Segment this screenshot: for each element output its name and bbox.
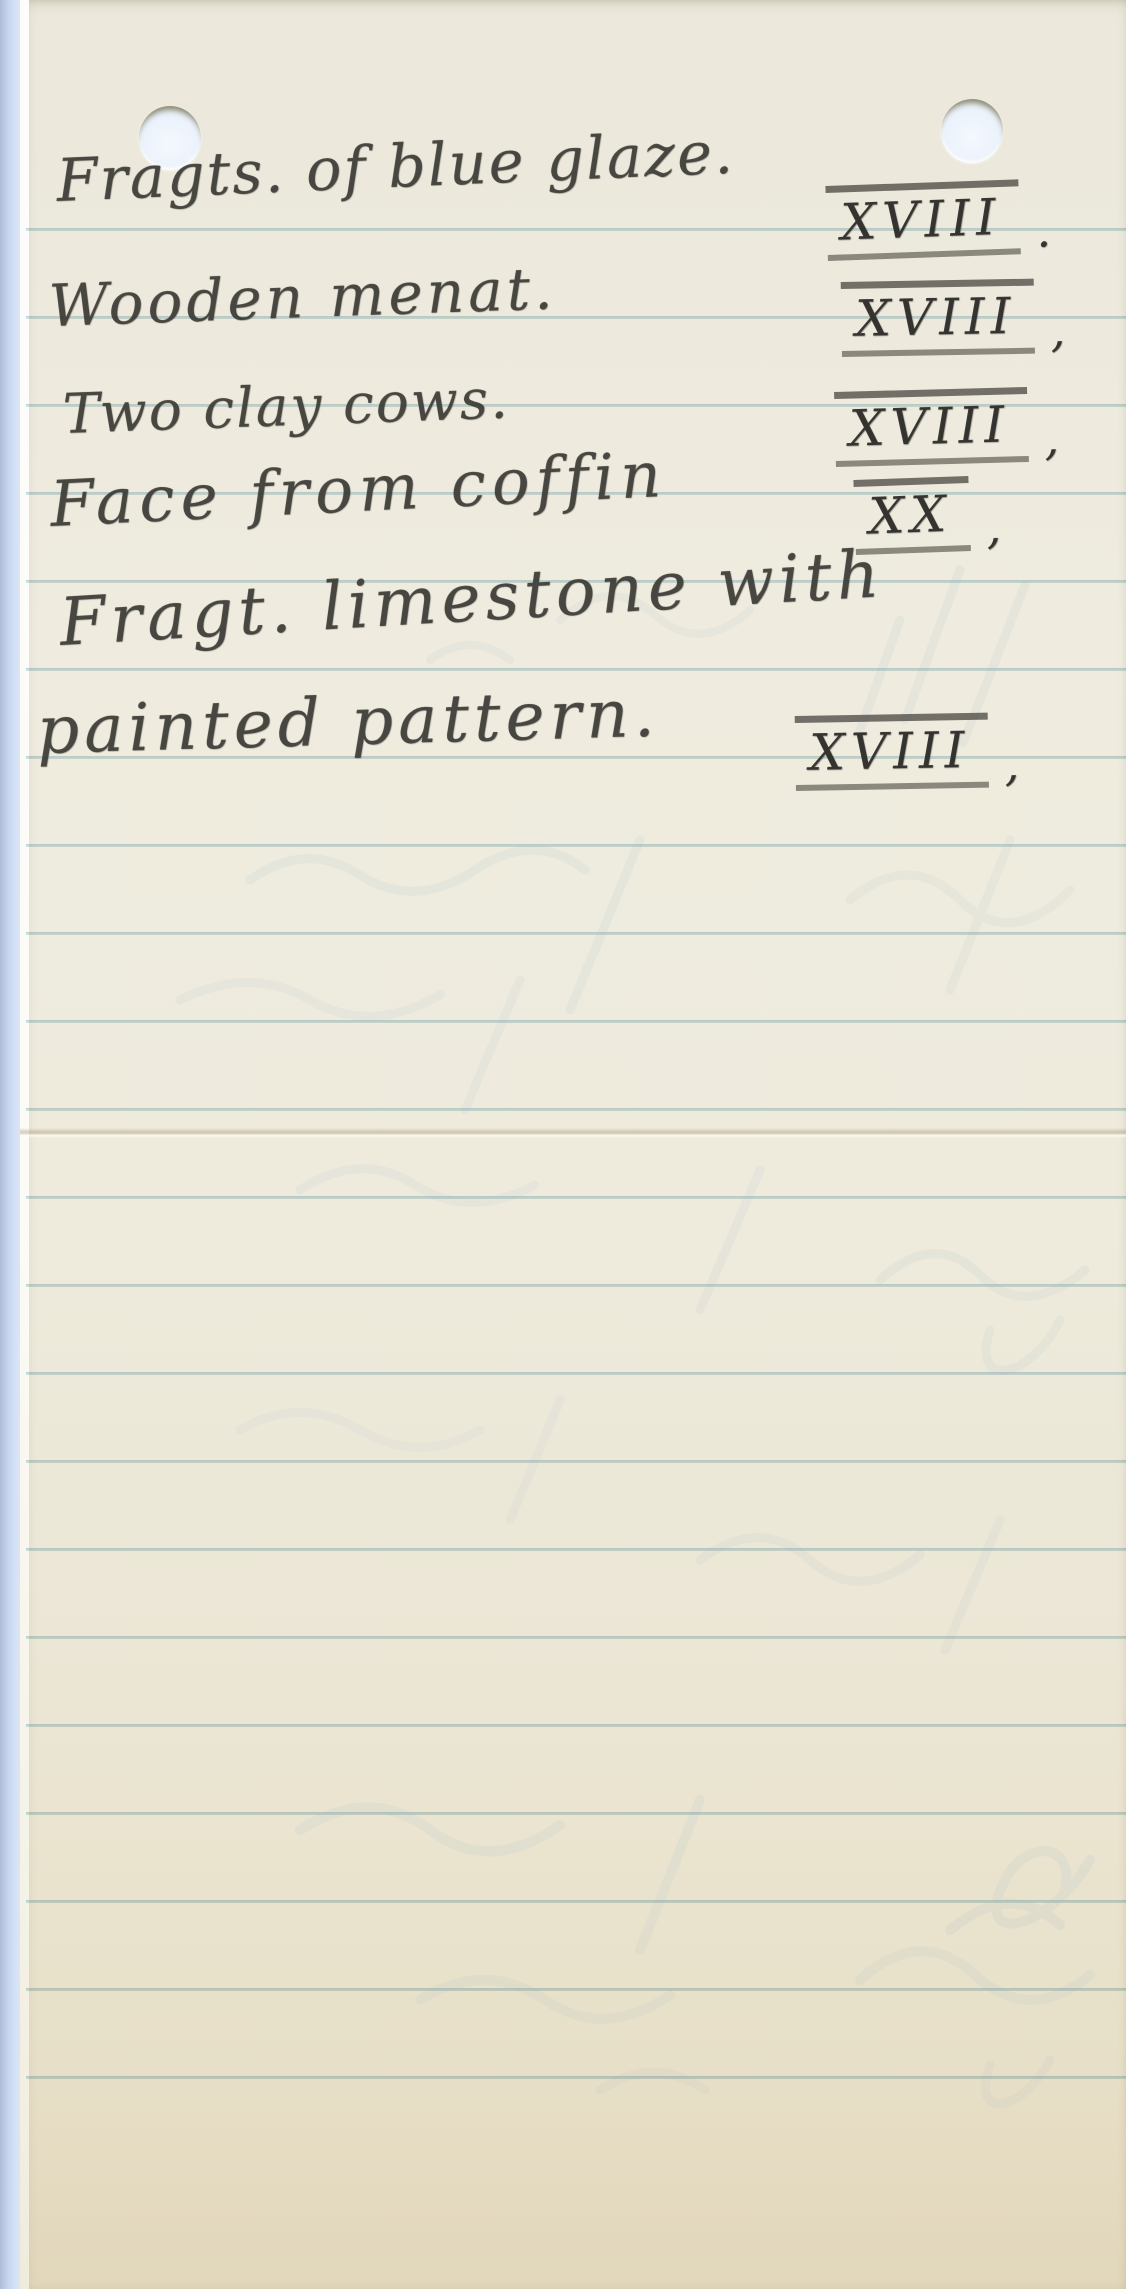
dynasty-numeral-3: XVIII, [834, 386, 1059, 467]
dynasty-numeral-2: XVIII, [841, 278, 1066, 357]
roman-numeral-3: XVIII [834, 387, 1029, 467]
horizontal-fold-crease [20, 1128, 1126, 1138]
roman-numeral-4: XX [853, 476, 971, 555]
dynasty-numeral-1: XVIII. [825, 178, 1051, 261]
roman-numeral-6: XVIII [795, 713, 989, 791]
numeral-punctuation-4: , [985, 500, 1002, 554]
dynasty-numeral-4: XX, [853, 475, 1001, 555]
roman-numeral-1: XVIII [825, 179, 1020, 261]
numeral-punctuation-6: , [1004, 737, 1020, 791]
numeral-punctuation-1: . [1035, 203, 1052, 257]
scanned-notebook-page: Fragts. of blue glaze. Wooden menat. Two… [0, 0, 1126, 2289]
numeral-punctuation-3: , [1044, 411, 1060, 465]
dynasty-numeral-6: XVIII, [795, 712, 1020, 791]
numeral-punctuation-2: , [1050, 303, 1066, 357]
roman-numeral-2: XVIII [841, 279, 1035, 357]
